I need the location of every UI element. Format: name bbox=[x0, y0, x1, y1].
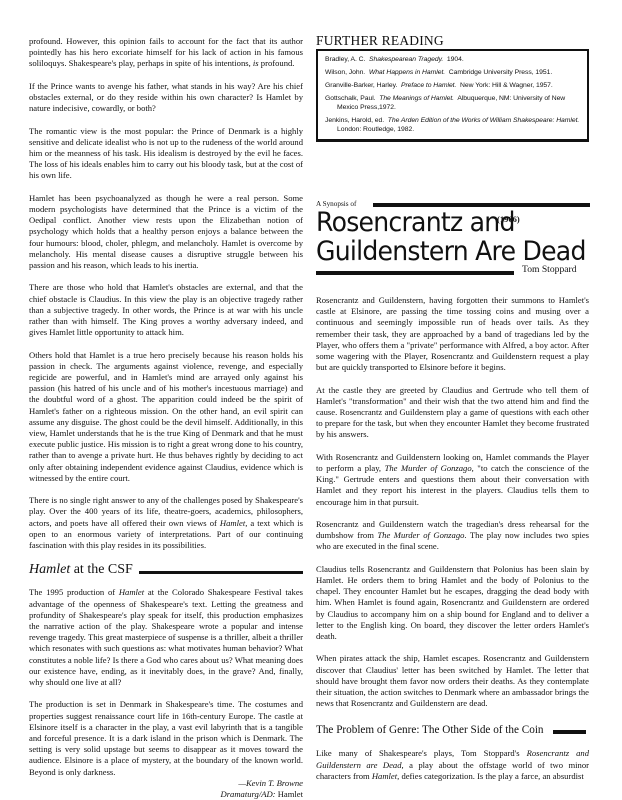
reference-title: The Arden Edition of the Works of Willia… bbox=[388, 117, 580, 124]
text: , defies categorization. Is the play a f… bbox=[397, 771, 584, 781]
title-line-2: Guildenstern Are Dead bbox=[316, 237, 586, 266]
reference-entry: Granville-Barker, Harley. Preface to Ham… bbox=[325, 81, 580, 90]
paragraph: Rosencrantz and Guildenstern watch the t… bbox=[316, 519, 589, 553]
text: Like many of Shakespeare's plays, Tom St… bbox=[316, 748, 527, 758]
paragraph: The 1995 production of Hamlet at the Col… bbox=[29, 587, 303, 688]
text: The production is set in Denmark in Shak… bbox=[29, 699, 303, 776]
paragraph: Others hold that Hamlet is a true hero p… bbox=[29, 350, 303, 484]
signature-role-label: Dramaturg/AD: bbox=[220, 789, 275, 799]
essay-body: profound. However, this opinion fails to… bbox=[29, 36, 303, 551]
signature-role-play: Hamlet bbox=[276, 789, 303, 799]
text: At the castle they are greeted by Claudi… bbox=[316, 385, 589, 440]
paragraph: With Rosencrantz and Guildenstern lookin… bbox=[316, 452, 589, 508]
italic-text: The Murder of Gonzago bbox=[377, 530, 464, 540]
text: When pirates attack the ship, Hamlet esc… bbox=[316, 653, 589, 708]
reference-title: Shakespearean Tragedy. bbox=[369, 56, 443, 63]
paragraph: If the Prince wants to avenge his father… bbox=[29, 81, 303, 115]
paragraph: The production is set in Denmark in Shak… bbox=[29, 699, 303, 777]
paragraph: When pirates attack the ship, Hamlet esc… bbox=[316, 653, 589, 709]
heading-rule bbox=[139, 571, 303, 575]
synopsis-author: Tom Stoppard bbox=[522, 264, 577, 276]
text: The romantic view is the most popular: t… bbox=[29, 126, 303, 181]
reference-author: Granville-Barker, Harley. bbox=[325, 82, 401, 89]
csf-heading-text: at the CSF bbox=[70, 562, 133, 578]
reference-entry: Bradley, A. C. Shakespearean Tragedy. 19… bbox=[325, 55, 580, 64]
paragraph: There are those who hold that Hamlet's o… bbox=[29, 282, 303, 338]
text: If the Prince wants to avenge his father… bbox=[29, 81, 303, 113]
text: profound. bbox=[259, 58, 295, 68]
csf-section-heading: Hamlet at the CSF bbox=[29, 562, 303, 578]
genre-section-heading: The Problem of Genre: The Other Side of … bbox=[316, 722, 589, 738]
italic-text: Hamlet bbox=[372, 771, 397, 781]
reference-title: Preface to Hamlet. bbox=[401, 82, 456, 89]
reference-author: Bradley, A. C. bbox=[325, 56, 369, 63]
italic-text: Hamlet bbox=[220, 518, 245, 528]
italic-text: The Murder of Gonzago bbox=[385, 463, 472, 473]
synopsis-year: (1966) bbox=[497, 214, 520, 224]
reference-entry: Jenkins, Harold, ed. The Arden Edition o… bbox=[325, 116, 580, 134]
paragraph: profound. However, this opinion fails to… bbox=[29, 36, 303, 70]
signature-name: —Kevin T. Browne bbox=[29, 778, 303, 789]
heading-rule bbox=[553, 730, 586, 734]
genre-heading-text: The Problem of Genre: The Other Side of … bbox=[316, 722, 544, 738]
paragraph: Like many of Shakespeare's plays, Tom St… bbox=[316, 748, 589, 782]
left-column: profound. However, this opinion fails to… bbox=[29, 0, 303, 800]
text: Hamlet has been psychoanalyzed as though… bbox=[29, 193, 303, 270]
signature-role: Dramaturg/AD: Hamlet bbox=[29, 789, 303, 800]
reference-author: Wilson, John. bbox=[325, 69, 369, 76]
synopsis-play-title: Rosencrantz and Guildenstern Are Dead bbox=[316, 208, 586, 266]
right-column: FURTHER READING Bradley, A. C. Shakespea… bbox=[316, 0, 589, 793]
italic-text: Hamlet bbox=[119, 587, 144, 597]
synopsis-bottom-rule bbox=[316, 271, 514, 275]
reference-author: Gottschalk, Paul. bbox=[325, 95, 379, 102]
synopsis-title-block: A Synopsis of Rosencrantz and Guildenste… bbox=[316, 200, 590, 308]
signature-name-text: —Kevin T. Browne bbox=[238, 778, 303, 788]
paragraph: There is no single right answer to any o… bbox=[29, 495, 303, 551]
text: Others hold that Hamlet is a true hero p… bbox=[29, 350, 303, 483]
reference-entry: Gottschalk, Paul. The Meanings of Hamlet… bbox=[325, 94, 580, 112]
reference-author: Jenkins, Harold, ed. bbox=[325, 117, 388, 124]
text: at the Colorado Shakespeare Festival tak… bbox=[29, 587, 303, 687]
csf-heading-italic: Hamlet bbox=[29, 562, 70, 578]
reference-title: What Happens in Hamlet. bbox=[369, 69, 445, 76]
reference-publication: 1904. bbox=[443, 56, 463, 63]
reference-publication: Cambridge University Press, 1951. bbox=[445, 69, 552, 76]
reference-publication: New York: Hill & Wagner, 1957. bbox=[456, 82, 552, 89]
paragraph: The romantic view is the most popular: t… bbox=[29, 126, 303, 182]
reference-title: The Meanings of Hamlet. bbox=[379, 95, 454, 102]
csf-body: The 1995 production of Hamlet at the Col… bbox=[29, 587, 303, 777]
reference-entry: Wilson, John. What Happens in Hamlet. Ca… bbox=[325, 68, 580, 77]
title-line-1: Rosencrantz and bbox=[316, 208, 586, 237]
paragraph: Hamlet has been psychoanalyzed as though… bbox=[29, 193, 303, 271]
further-reading-title: FURTHER READING bbox=[316, 33, 589, 48]
synopsis-body: Rosencrantz and Guildenstern, having for… bbox=[316, 295, 589, 709]
text: Claudius tells Rosencrantz and Guildenst… bbox=[316, 564, 589, 641]
text: The 1995 production of bbox=[29, 587, 119, 597]
genre-body: Like many of Shakespeare's plays, Tom St… bbox=[316, 748, 589, 782]
further-reading-box: Bradley, A. C. Shakespearean Tragedy. 19… bbox=[316, 49, 589, 142]
paragraph: At the castle they are greeted by Claudi… bbox=[316, 385, 589, 441]
text: There are those who hold that Hamlet's o… bbox=[29, 282, 303, 337]
paragraph: Claudius tells Rosencrantz and Guildenst… bbox=[316, 564, 589, 642]
synopsis-top-rule bbox=[373, 203, 590, 207]
